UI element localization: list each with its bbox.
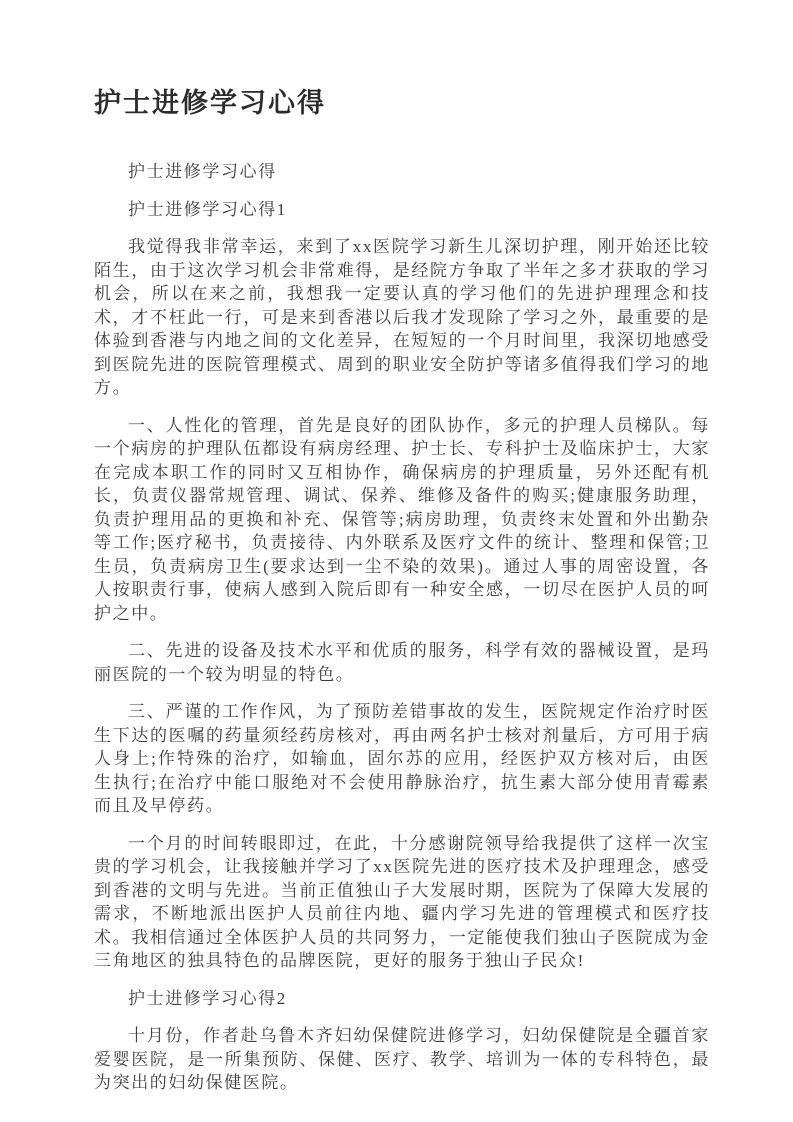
document-title: 护士进修学习心得 [94, 86, 710, 120]
document-page: 护士进修学习心得 护士进修学习心得 护士进修学习心得1 我觉得我非常幸运，来到了… [0, 0, 793, 1122]
document-content: 护士进修学习心得 护士进修学习心得 护士进修学习心得1 我觉得我非常幸运，来到了… [0, 0, 793, 1095]
document-subtitle: 护士进修学习心得 [94, 160, 710, 184]
section-heading-1: 护士进修学习心得1 [94, 198, 710, 222]
paragraph-intro: 我觉得我非常幸运，来到了xx医院学习新生儿深切护理，刚开始还比较陌生，由于这次学… [94, 235, 710, 400]
paragraph-section2-intro: 十月份，作者赴乌鲁木齐妇幼保健院进修学习，妇幼保健院是全疆首家爱婴医院，是一所集… [94, 1024, 710, 1095]
paragraph-conclusion: 一个月的时间转眼即过，在此，十分感谢院领导给我提供了这样一次宝贵的学习机会，让我… [94, 832, 710, 973]
section-heading-2: 护士进修学习心得2 [94, 987, 710, 1011]
paragraph-point-3: 三、严谨的工作作风，为了预防差错事故的发生，医院规定作治疗时医生下达的医嘱的药量… [94, 700, 710, 818]
paragraph-point-1: 一、人性化的管理，首先是良好的团队协作，多元的护理人员梯队。每一个病房的护理队伍… [94, 414, 710, 626]
paragraph-point-2: 二、先进的设备及技术水平和优质的服务，科学有效的器械设置，是玛丽医院的一个较为明… [94, 639, 710, 686]
